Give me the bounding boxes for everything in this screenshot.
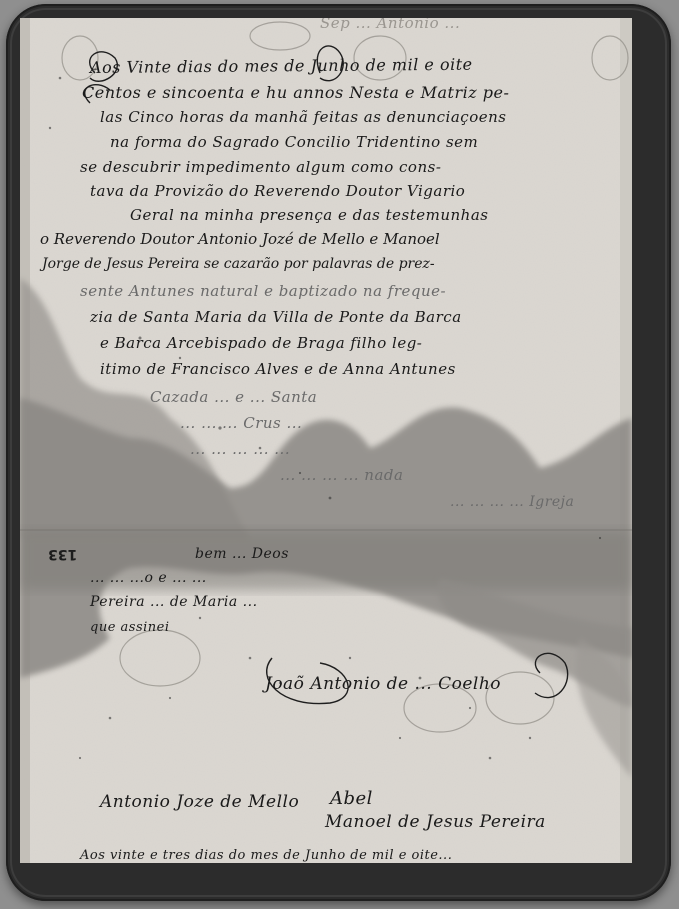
- manuscript-line-15: ... ... ... Crus ...: [180, 414, 302, 432]
- manuscript-line-13: itimo de Francisco Alves e de Anna Antun…: [100, 360, 456, 378]
- manuscript-line-18: ... ... ... ... Igreja: [450, 494, 574, 510]
- manuscript-line-5: se descubrir impedimento algum como cons…: [80, 158, 441, 176]
- manuscript-line-2: Centos e sincoenta e hu annos Nesta e Ma…: [82, 83, 509, 102]
- manuscript-line-11: zia de Santa Maria da Villa de Ponte da …: [90, 308, 462, 326]
- manuscript-line-12: e Barca Arcebispado de Braga filho leg-: [100, 334, 422, 352]
- manuscript-line-14: Cazada ... e ... Santa: [150, 388, 317, 406]
- manuscript-line-16: ... ... ... ... ...: [190, 440, 290, 458]
- next-entry-line: Aos vinte e tres dias do mes de Junho de…: [80, 848, 452, 863]
- manuscript-line-1: Aos Vinte dias do mes de Junho de mil e …: [90, 55, 473, 77]
- manuscript-line-7: Geral na minha presença e das testemunha…: [130, 206, 488, 224]
- manuscript-line-8: o Reverendo Doutor Antonio Jozé de Mello…: [40, 230, 440, 248]
- witness-1-signature: Antonio Joze de Mello: [100, 792, 299, 812]
- witness-2-signature: Manoel de Jesus Pereira: [325, 812, 546, 832]
- priest-signature: Joaõ Antonio de ... Coelho: [265, 674, 501, 694]
- header-bleed-text: Sep ... Antonio ...: [320, 18, 460, 32]
- lower-line-2: ... ... ...o e ... ...: [90, 570, 207, 586]
- manuscript-line-3: las Cinco horas da manhã feitas as denun…: [100, 108, 506, 126]
- manuscript-line-4: na forma do Sagrado Concilio Tridentino …: [110, 133, 478, 151]
- lower-line-3: Pereira ... de Maria ...: [90, 594, 258, 610]
- witness-2-mark: Abel: [330, 788, 373, 809]
- manuscript-line-9: Jorge de Jesus Pereira se cazarão por pa…: [42, 256, 435, 272]
- manuscript-line-17: ... ... ... ... nada: [280, 466, 403, 484]
- manuscript-line-10: sente Antunes natural e baptizado na fre…: [80, 282, 446, 300]
- lower-line-4: que assinei: [90, 620, 170, 635]
- manuscript-page: Sep ... Antonio ... Aos Vinte dias do me…: [20, 18, 632, 863]
- lower-line-1: bem ... Deos: [195, 546, 289, 562]
- manuscript-line-6: tava da Provizão do Reverendo Doutor Vig…: [90, 182, 465, 200]
- folio-number: 133: [48, 546, 77, 562]
